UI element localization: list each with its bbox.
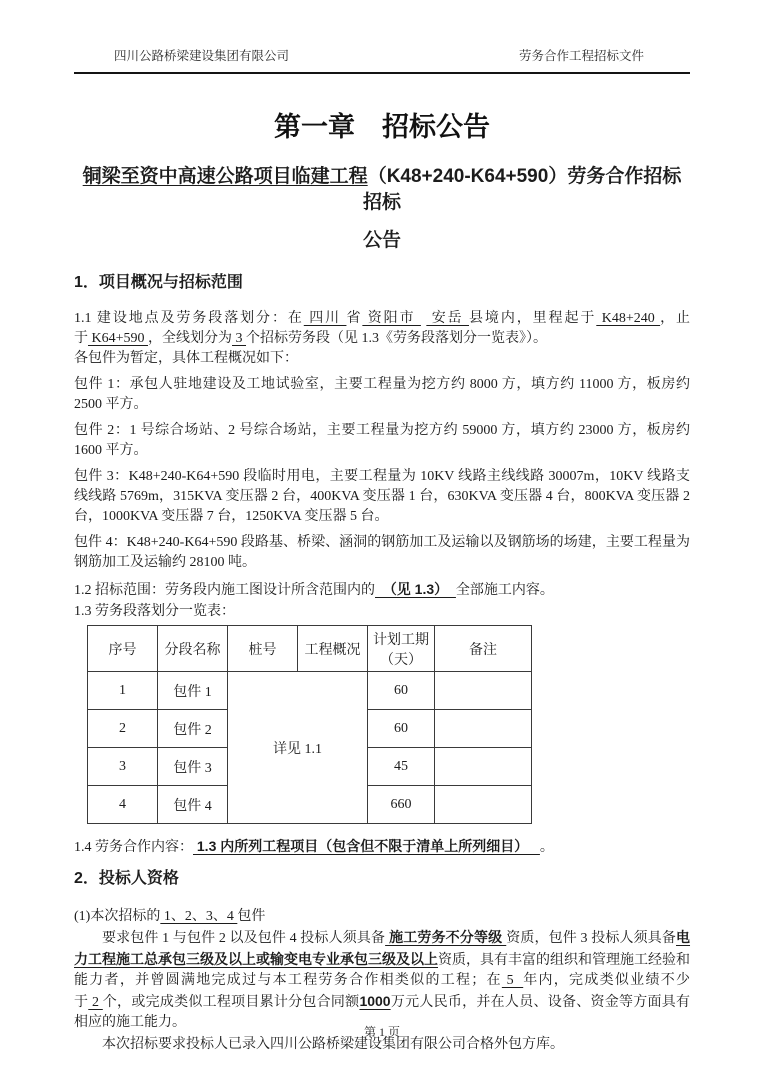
cell-no: 2	[88, 710, 158, 748]
page-number: 第 1 页	[0, 1023, 764, 1040]
chapter-title: 第一章 招标公告	[74, 110, 690, 144]
para-bundle-1: 包件 1：承包人驻地建设及工地试验室，主要工程量为挖方约 8000 方，填方约 …	[74, 375, 690, 415]
table-row: 1 包件 1 详见 1.1 60	[88, 672, 532, 710]
col-header-stake: 桩号	[228, 626, 298, 672]
announcement-title-line2: 公告	[74, 228, 690, 254]
para-1-1: 1.1 建设地点及劳务段落划分：在 四川 省 资阳市 安岳 县境内，里程起于 K…	[74, 309, 690, 349]
para-1-3-label: 1.3 劳务段落划分一览表：	[74, 602, 690, 622]
section2-heading: 2．投标人资格	[74, 868, 690, 889]
cell-remark	[435, 786, 532, 824]
col-header-no: 序号	[88, 626, 158, 672]
cell-name: 包件 1	[158, 672, 228, 710]
cell-remark	[435, 710, 532, 748]
para-1-1b: 各包件为暂定，具体工程概况如下：	[74, 349, 690, 369]
document-page: 四川公路桥梁建设集团有限公司 劳务合作工程招标文件 第一章 招标公告 铜梁至资中…	[0, 0, 764, 1080]
section1-heading: 1．项目概况与招标范围	[74, 272, 690, 293]
cell-no: 3	[88, 748, 158, 786]
para-bundle-2: 包件 2：1 号综合场站、2 号综合场站，主要工程量为挖方约 59000 方，填…	[74, 421, 690, 461]
cell-name: 包件 4	[158, 786, 228, 824]
para-1-2: 1.2 招标范围：劳务段内施工图设计所含范围内的 （见 1.3） 全部施工内容。	[74, 579, 690, 601]
segment-table: 序号 分段名称 桩号 工程概况 计划工期（天） 备注 1 包件 1 详见 1.1…	[87, 625, 532, 824]
cell-remark	[435, 672, 532, 710]
col-header-overview: 工程概况	[298, 626, 368, 672]
cell-days: 60	[368, 710, 435, 748]
col-header-name: 分段名称	[158, 626, 228, 672]
para-2-2: 要求包件 1 与包件 2 以及包件 4 投标人须具备 施工劳务不分等级 资质，包…	[74, 927, 690, 1033]
announcement-title-line1: 铜梁至资中高速公路项目临建工程（K48+240-K64+590）劳务合作招标招标	[74, 164, 690, 216]
table-header-row: 序号 分段名称 桩号 工程概况 计划工期（天） 备注	[88, 626, 532, 672]
col-header-remark: 备注	[435, 626, 532, 672]
header-rule	[74, 72, 690, 74]
cell-days: 45	[368, 748, 435, 786]
cell-no: 4	[88, 786, 158, 824]
cell-days: 60	[368, 672, 435, 710]
para-bundle-3: 包件 3：K48+240-K64+590 段临时用电，主要工程量为 10KV 线…	[74, 467, 690, 527]
cell-days: 660	[368, 786, 435, 824]
merged-note-cell: 详见 1.1	[228, 672, 368, 824]
header-doc-type: 劳务合作工程招标文件	[519, 48, 644, 65]
cell-name: 包件 3	[158, 748, 228, 786]
cell-remark	[435, 748, 532, 786]
cell-no: 1	[88, 672, 158, 710]
col-header-duration: 计划工期（天）	[368, 626, 435, 672]
page-header: 四川公路桥梁建设集团有限公司 劳务合作工程招标文件	[74, 48, 690, 65]
para-bundle-4: 包件 4：K48+240-K64+590 段路基、桥梁、涵洞的钢筋加工及运输以及…	[74, 533, 690, 573]
para-2-1: (1)本次招标的 1、2、3、4 包件	[74, 907, 690, 927]
header-company: 四川公路桥梁建设集团有限公司	[114, 48, 289, 65]
para-1-4: 1.4 劳务合作内容： 1.3 内所列工程项目（包含但不限于清单上所列细目） 。	[74, 836, 690, 858]
cell-name: 包件 2	[158, 710, 228, 748]
